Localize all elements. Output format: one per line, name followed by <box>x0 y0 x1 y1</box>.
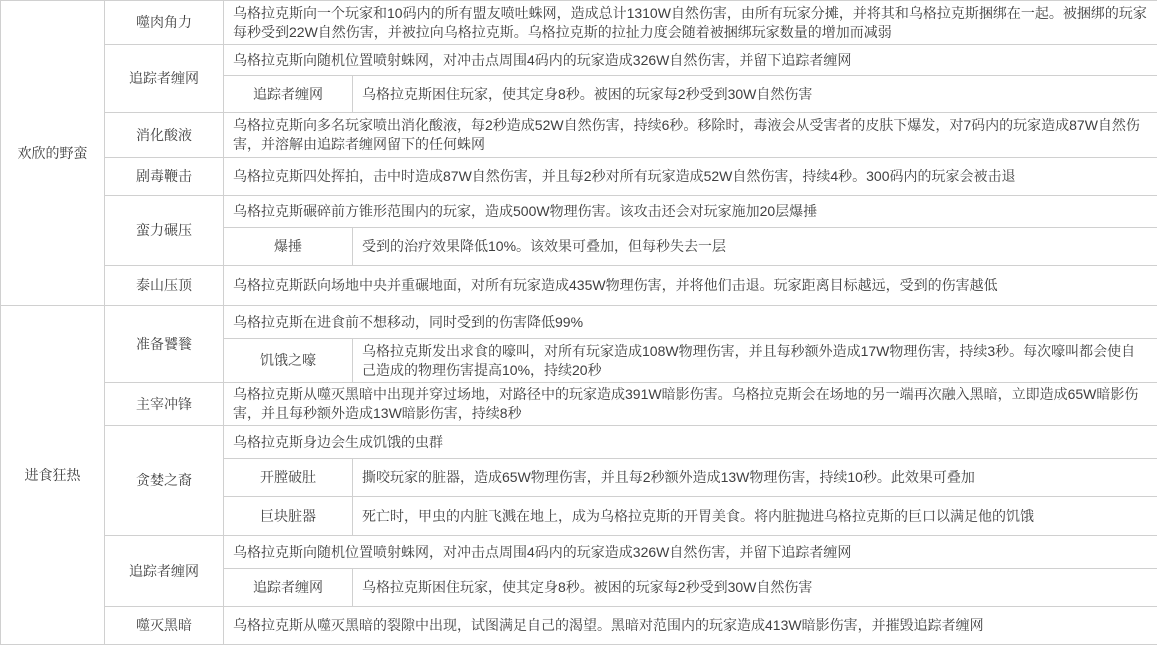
ability-name-cell: 主宰冲锋 <box>105 383 224 426</box>
ability-desc-cell: 乌格拉克斯从噬灭黑暗的裂隙中出现，试图满足自己的渴望。黑暗对范围内的玩家造成41… <box>224 607 1157 645</box>
sub-ability-name-cell: 开膛破肚 <box>224 459 353 497</box>
ability-name-cell: 追踪者缠网 <box>105 536 224 607</box>
sub-ability-desc-cell: 乌格拉克斯困住玩家，使其定身8秒。被困的玩家每2秒受到30W自然伤害 <box>353 76 1157 113</box>
sub-ability-desc-cell: 乌格拉克斯困住玩家，使其定身8秒。被困的玩家每2秒受到30W自然伤害 <box>353 569 1157 607</box>
ability-name-cell: 剧毒鞭击 <box>105 158 224 196</box>
ability-name-cell: 追踪者缠网 <box>105 45 224 113</box>
sub-ability-name-cell: 追踪者缠网 <box>224 569 353 607</box>
ability-name-cell: 噬肉角力 <box>105 1 224 45</box>
ability-desc-cell: 乌格拉克斯向一个玩家和10码内的所有盟友喷吐蛛网，造成总计1310W自然伤害，由… <box>224 1 1157 45</box>
ability-desc-cell: 乌格拉克斯向随机位置喷射蛛网，对冲击点周围4码内的玩家造成326W自然伤害，并留… <box>224 45 1157 76</box>
sub-ability-desc-cell: 受到的治疗效果降低10%。该效果可叠加，但每秒失去一层 <box>353 228 1157 266</box>
ability-desc-cell: 乌格拉克斯四处挥拍，击中时造成87W自然伤害，并且每2秒对所有玩家造成52W自然… <box>224 158 1157 196</box>
sub-ability-desc-cell: 撕咬玩家的脏器，造成65W物理伤害，并且每2秒额外造成13W物理伤害，持续10秒… <box>353 459 1157 497</box>
ability-name-cell: 贪婪之裔 <box>105 426 224 536</box>
ability-desc-cell: 乌格拉克斯跃向场地中央并重碾地面，对所有玩家造成435W物理伤害，并将他们击退。… <box>224 266 1157 306</box>
phase-cell: 进食狂热 <box>1 306 105 645</box>
ability-desc-cell: 乌格拉克斯从噬灭黑暗中出现并穿过场地，对路径中的玩家造成391W暗影伤害。乌格拉… <box>224 383 1157 426</box>
ability-name-cell: 蛮力碾压 <box>105 196 224 266</box>
sub-ability-name-cell: 巨块脏器 <box>224 497 353 536</box>
ability-desc-cell: 乌格拉克斯碾碎前方锥形范围内的玩家，造成500W物理伤害。该攻击还会对玩家施加2… <box>224 196 1157 228</box>
ability-desc-cell: 乌格拉克斯向多名玩家喷出消化酸液，每2秒造成52W自然伤害，持续6秒。移除时，毒… <box>224 113 1157 158</box>
phase-cell: 欢欣的野蛮 <box>1 1 105 306</box>
ability-name-cell: 消化酸液 <box>105 113 224 158</box>
ability-name-cell: 噬灭黑暗 <box>105 607 224 645</box>
sub-ability-name-cell: 追踪者缠网 <box>224 76 353 113</box>
boss-abilities-table: 欢欣的野蛮 噬肉角力 乌格拉克斯向一个玩家和10码内的所有盟友喷吐蛛网，造成总计… <box>0 0 1157 645</box>
ability-name-cell: 准备饕餮 <box>105 306 224 383</box>
ability-desc-cell: 乌格拉克斯向随机位置喷射蛛网，对冲击点周围4码内的玩家造成326W自然伤害，并留… <box>224 536 1157 569</box>
sub-ability-name-cell: 爆捶 <box>224 228 353 266</box>
ability-name-cell: 泰山压顶 <box>105 266 224 306</box>
sub-ability-desc-cell: 乌格拉克斯发出求食的嚎叫，对所有玩家造成108W物理伤害，并且每秒额外造成17W… <box>353 339 1157 383</box>
sub-ability-desc-cell: 死亡时，甲虫的内脏飞溅在地上，成为乌格拉克斯的开胃美食。将内脏抛进乌格拉克斯的巨… <box>353 497 1157 536</box>
ability-desc-cell: 乌格拉克斯在进食前不想移动，同时受到的伤害降低99% <box>224 306 1157 339</box>
sub-ability-name-cell: 饥饿之嚎 <box>224 339 353 383</box>
ability-desc-cell: 乌格拉克斯身边会生成饥饿的虫群 <box>224 426 1157 459</box>
